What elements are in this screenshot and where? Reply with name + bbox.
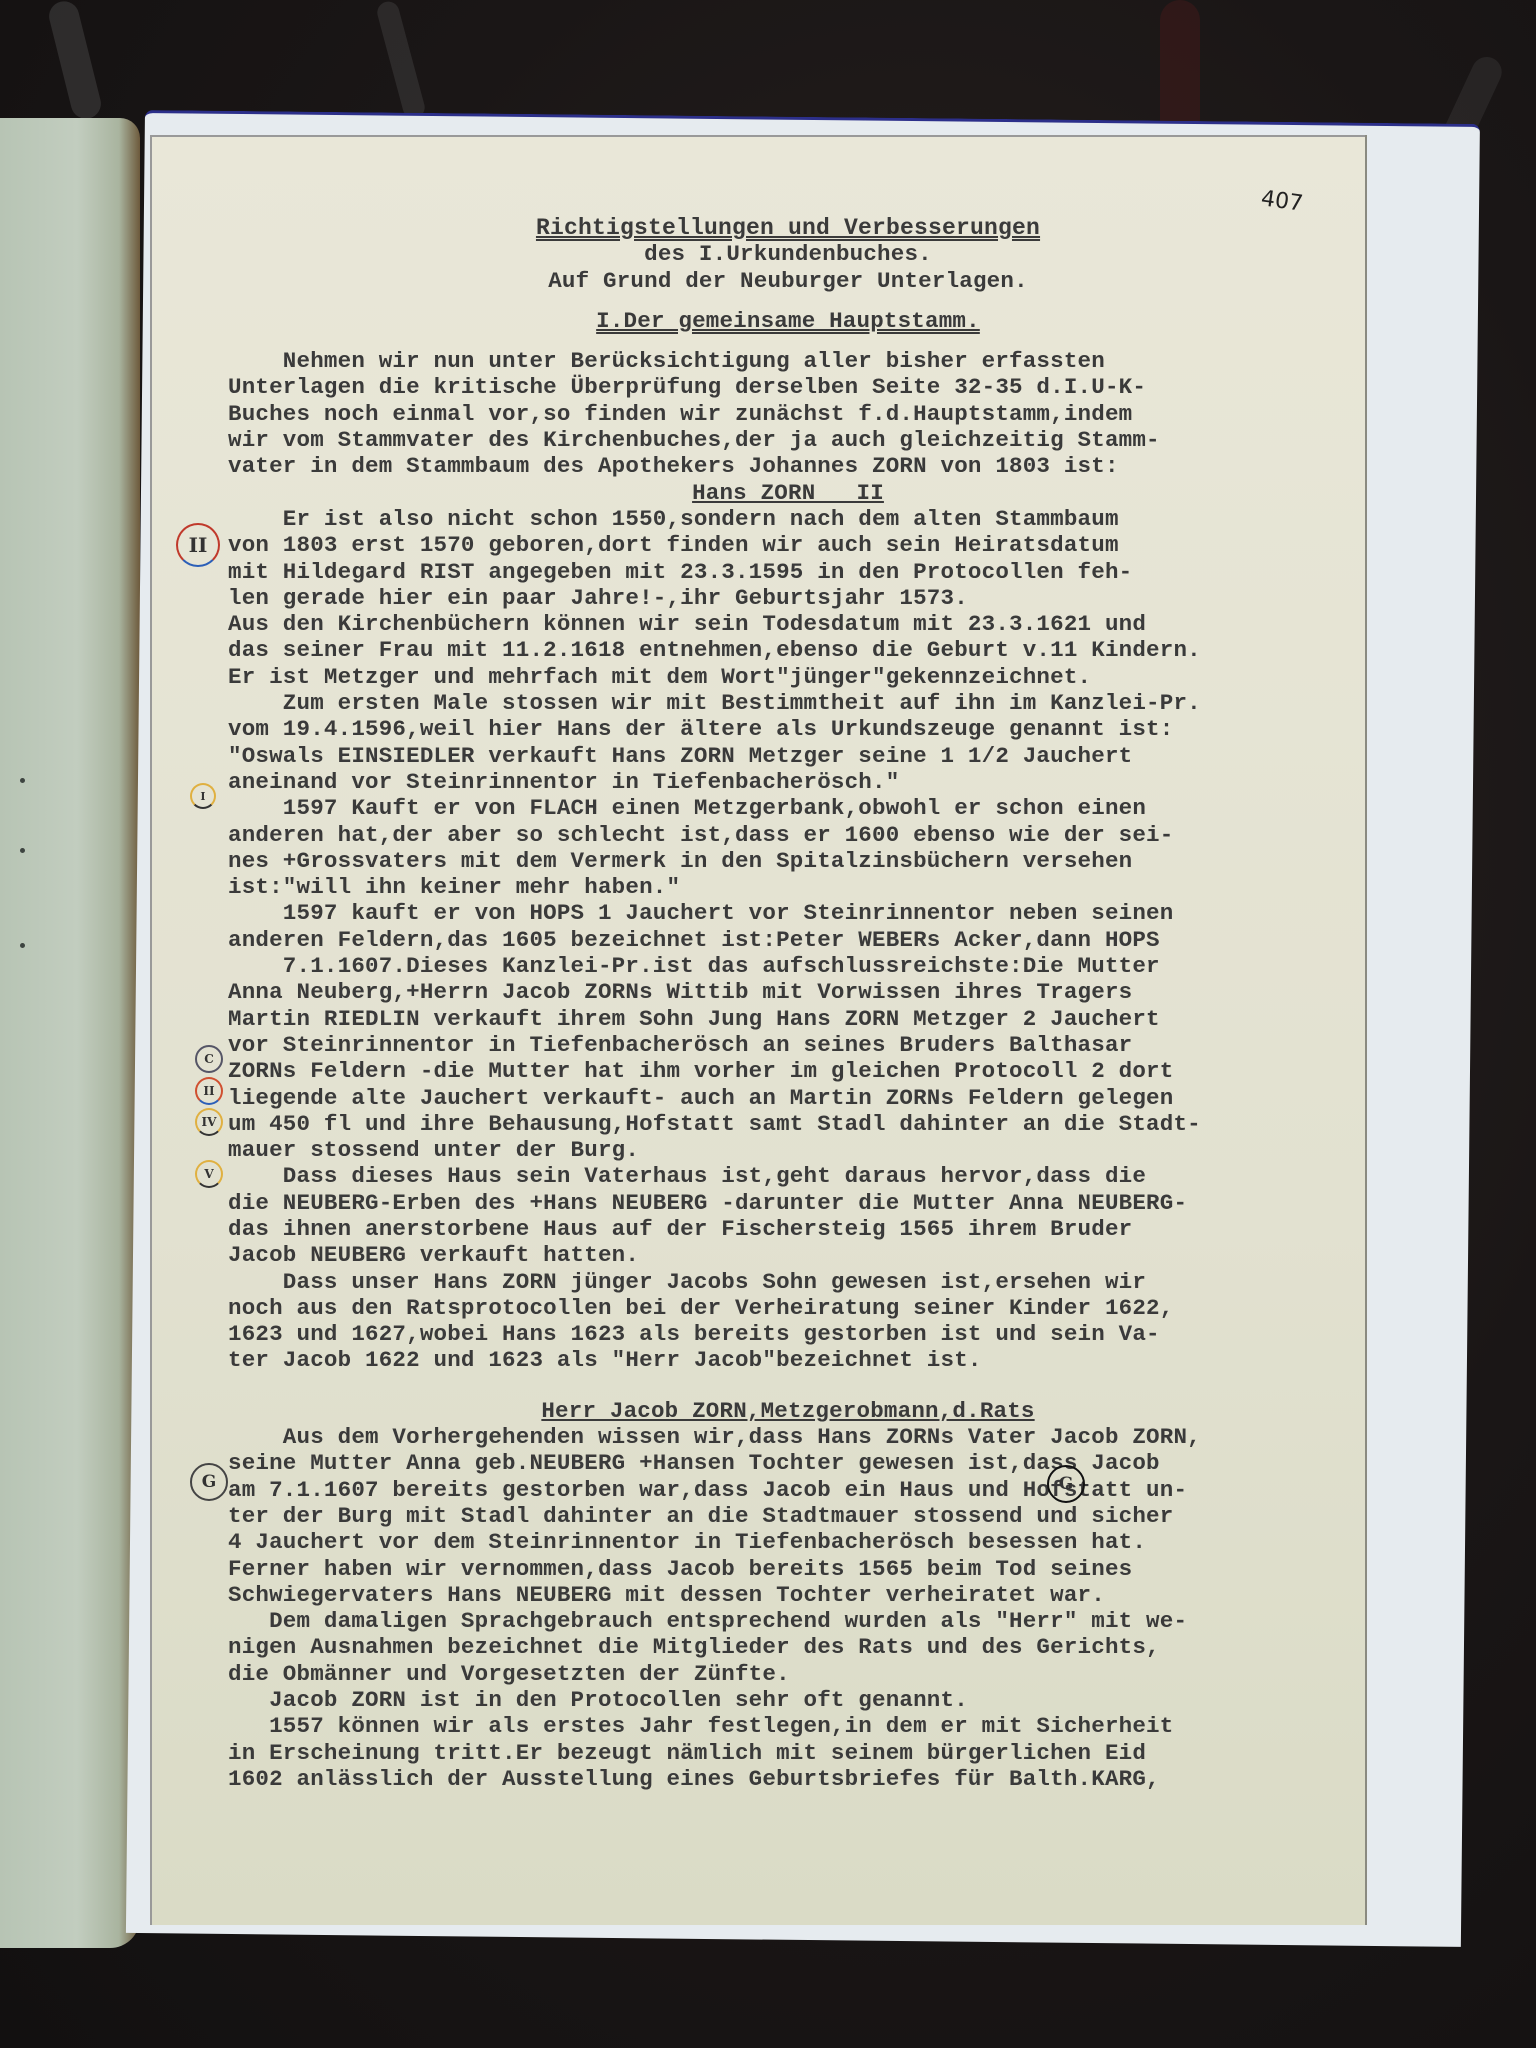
text-line: Martin RIEDLIN verkauft ihrem Sohn Jung … bbox=[228, 1006, 1348, 1032]
text-line: Er ist Metzger und mehrfach mit dem Wort… bbox=[228, 664, 1348, 690]
text-line: noch aus den Ratsprotocollen bei der Ver… bbox=[228, 1295, 1348, 1321]
margin-annotation-icon: G bbox=[190, 1463, 228, 1501]
text-line: vom 19.4.1596,weil hier Hans der ältere … bbox=[228, 716, 1348, 742]
text-line: vater in dem Stammbaum des Apothekers Jo… bbox=[228, 453, 1348, 479]
background-streak bbox=[1160, 0, 1200, 140]
text-line: die NEUBERG-Erben des +Hans NEUBERG -dar… bbox=[228, 1190, 1348, 1216]
text-line: 1623 und 1627,wobei Hans 1623 als bereit… bbox=[228, 1321, 1348, 1347]
text-line: Er ist also nicht schon 1550,sondern nac… bbox=[228, 506, 1348, 532]
text-line: Aus den Kirchenbüchern können wir sein T… bbox=[228, 611, 1348, 637]
text-line: 7.1.1607.Dieses Kanzlei-Pr.ist das aufsc… bbox=[228, 953, 1348, 979]
document-subtitle: des I.Urkundenbuches. bbox=[228, 241, 1348, 267]
background-streak bbox=[46, 0, 104, 122]
document-body: Richtigstellungen und Verbesserungen des… bbox=[228, 215, 1348, 1792]
text-line: Schwiegervaters Hans NEUBERG mit dessen … bbox=[228, 1582, 1348, 1608]
background-streak bbox=[375, 0, 427, 121]
text-line: 1597 kauft er von HOPS 1 Jauchert vor St… bbox=[228, 900, 1348, 926]
margin-annotation-icon: G bbox=[1047, 1465, 1085, 1503]
punch-dot bbox=[20, 943, 25, 948]
person-heading-jacob: Herr Jacob ZORN,Metzgerobmann,d.Rats bbox=[228, 1398, 1348, 1424]
text-line: das ihnen anerstorbene Haus auf der Fisc… bbox=[228, 1216, 1348, 1242]
page-number: 407 bbox=[1259, 186, 1304, 217]
person-heading-hans: Hans ZORN II bbox=[228, 480, 1348, 506]
text-line: ist:"will ihn keiner mehr haben." bbox=[228, 874, 1348, 900]
margin-annotation-icon: IV bbox=[195, 1108, 223, 1136]
text-line: anderen hat,der aber so schlecht ist,das… bbox=[228, 822, 1348, 848]
typed-document-page: 407 Richtigstellungen und Verbesserungen… bbox=[150, 135, 1367, 1925]
text-line: Nehmen wir nun unter Berücksichtigung al… bbox=[228, 348, 1348, 374]
text-line: Jacob ZORN ist in den Protocollen sehr o… bbox=[228, 1687, 1348, 1713]
document-subtitle: Auf Grund der Neuburger Unterlagen. bbox=[228, 268, 1348, 294]
text-line: Buches noch einmal vor,so finden wir zun… bbox=[228, 401, 1348, 427]
margin-annotation-icon: I bbox=[190, 783, 216, 809]
text-line: 1557 können wir als erstes Jahr festlege… bbox=[228, 1713, 1348, 1739]
text-line: die Obmänner und Vorgesetzten der Zünfte… bbox=[228, 1661, 1348, 1687]
text-line: um 450 fl und ihre Behausung,Hofstatt sa… bbox=[228, 1111, 1348, 1137]
text-line: liegende alte Jauchert verkauft- auch an… bbox=[228, 1085, 1348, 1111]
text-line: seine Mutter Anna geb.NEUBERG +Hansen To… bbox=[228, 1450, 1348, 1476]
margin-annotation-icon: II bbox=[195, 1077, 223, 1105]
text-line: mauer stossend unter der Burg. bbox=[228, 1137, 1348, 1163]
text-line: 1602 anlässlich der Ausstellung eines Ge… bbox=[228, 1766, 1348, 1792]
text-line: Dem damaligen Sprachgebrauch entsprechen… bbox=[228, 1608, 1348, 1634]
text-line: 1597 Kauft er von FLACH einen Metzgerban… bbox=[228, 795, 1348, 821]
punch-dot bbox=[20, 848, 25, 853]
margin-annotation-icon: II bbox=[176, 523, 220, 567]
text-line: Zum ersten Male stossen wir mit Bestimmt… bbox=[228, 690, 1348, 716]
paragraph-intro: Nehmen wir nun unter Berücksichtigung al… bbox=[228, 348, 1348, 479]
text-line: das seiner Frau mit 11.2.1618 entnehmen,… bbox=[228, 637, 1348, 663]
section-heading: I.Der gemeinsame Hauptstamm. bbox=[228, 308, 1348, 334]
text-line: aneinand vor Steinrinnentor in Tiefenbac… bbox=[228, 769, 1348, 795]
text-line: anderen Feldern,das 1605 bezeichnet ist:… bbox=[228, 927, 1348, 953]
text-line: 4 Jauchert vor dem Steinrinnentor in Tie… bbox=[228, 1529, 1348, 1555]
text-line: ter Jacob 1622 und 1623 als "Herr Jacob"… bbox=[228, 1347, 1348, 1373]
document-title: Richtigstellungen und Verbesserungen bbox=[228, 215, 1348, 241]
text-line: Unterlagen die kritische Überprüfung der… bbox=[228, 374, 1348, 400]
margin-annotation-icon: C bbox=[195, 1045, 223, 1073]
text-line: wir vom Stammvater des Kirchenbuches,der… bbox=[228, 427, 1348, 453]
text-line: Dass unser Hans ZORN jünger Jacobs Sohn … bbox=[228, 1269, 1348, 1295]
text-line: Jacob NEUBERG verkauft hatten. bbox=[228, 1242, 1348, 1268]
text-line: Anna Neuberg,+Herrn Jacob ZORNs Wittib m… bbox=[228, 979, 1348, 1005]
text-line: mit Hildegard RIST angegeben mit 23.3.15… bbox=[228, 559, 1348, 585]
text-line: len gerade hier ein paar Jahre!-,ihr Geb… bbox=[228, 585, 1348, 611]
paragraph-jacob: Aus dem Vorhergehenden wissen wir,dass H… bbox=[228, 1424, 1348, 1792]
text-line: von 1803 erst 1570 geboren,dort finden w… bbox=[228, 532, 1348, 558]
text-line: Ferner haben wir vernommen,dass Jacob be… bbox=[228, 1556, 1348, 1582]
text-line: vor Steinrinnentor in Tiefenbacherösch a… bbox=[228, 1032, 1348, 1058]
text-line: Dass dieses Haus sein Vaterhaus ist,geht… bbox=[228, 1163, 1348, 1189]
punch-dot bbox=[20, 778, 25, 783]
margin-annotation-icon: V bbox=[195, 1160, 223, 1188]
paragraph-hans: Er ist also nicht schon 1550,sondern nac… bbox=[228, 506, 1348, 1374]
text-line: ZORNs Feldern -die Mutter hat ihm vorher… bbox=[228, 1058, 1348, 1084]
text-line: am 7.1.1607 bereits gestorben war,dass J… bbox=[228, 1477, 1348, 1503]
text-line: ter der Burg mit Stadl dahinter an die S… bbox=[228, 1503, 1348, 1529]
text-line: "Oswals EINSIEDLER verkauft Hans ZORN Me… bbox=[228, 743, 1348, 769]
text-line: nigen Ausnahmen bezeichnet die Mitgliede… bbox=[228, 1634, 1348, 1660]
left-book-page bbox=[0, 118, 140, 1948]
text-line: nes +Grossvaters mit dem Vermerk in den … bbox=[228, 848, 1348, 874]
text-line: in Erscheinung tritt.Er bezeugt nämlich … bbox=[228, 1740, 1348, 1766]
text-line: Aus dem Vorhergehenden wissen wir,dass H… bbox=[228, 1424, 1348, 1450]
